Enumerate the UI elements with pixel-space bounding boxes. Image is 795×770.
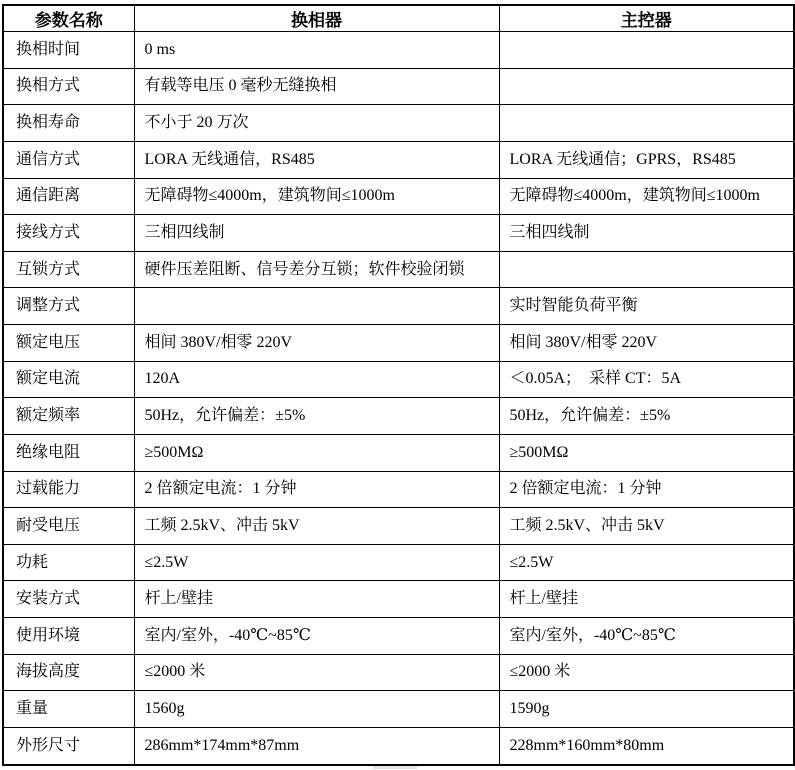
controller-cell: 228mm*160mm*80mm bbox=[499, 727, 794, 765]
phaser-cell: 工频 2.5kV、冲击 5kV bbox=[134, 508, 499, 545]
phaser-cell: 杆上/壁挂 bbox=[134, 581, 499, 618]
controller-cell: 室内/室外，-40℃~85℃ bbox=[499, 618, 794, 655]
controller-cell: LORA 无线通信；GPRS，RS485 bbox=[499, 141, 794, 178]
phaser-cell: 三相四线制 bbox=[134, 215, 499, 252]
controller-cell: 三相四线制 bbox=[499, 215, 794, 252]
param-cell: 换相寿命 bbox=[3, 105, 134, 142]
header-controller: 主控器 bbox=[499, 5, 794, 32]
controller-cell: ≤2000 米 bbox=[499, 654, 794, 691]
phaser-cell: ≤2.5W bbox=[134, 544, 499, 581]
table-row: 换相寿命不小于 20 万次 bbox=[3, 105, 794, 142]
param-cell: 外形尺寸 bbox=[3, 727, 134, 765]
phaser-cell: 120A bbox=[134, 361, 499, 398]
table-row: 过载能力2 倍额定电流：1 分钟2 倍额定电流：1 分钟 bbox=[3, 471, 794, 508]
param-cell: 过载能力 bbox=[3, 471, 134, 508]
header-row: 参数名称 换相器 主控器 bbox=[3, 5, 794, 32]
table-row: 通信方式LORA 无线通信，RS485LORA 无线通信；GPRS，RS485 bbox=[3, 141, 794, 178]
controller-cell bbox=[499, 32, 794, 69]
phaser-cell: 相间 380V/相零 220V bbox=[134, 325, 499, 362]
table-row: 使用环境室内/室外，-40℃~85℃室内/室外，-40℃~85℃ bbox=[3, 618, 794, 655]
table-row: 调整方式实时智能负荷平衡 bbox=[3, 288, 794, 325]
param-cell: 换相方式 bbox=[3, 68, 134, 105]
phaser-cell: 无障碍物≤4000m，建筑物间≤1000m bbox=[134, 178, 499, 215]
param-cell: 安装方式 bbox=[3, 581, 134, 618]
param-cell: 换相时间 bbox=[3, 32, 134, 69]
table-row: 重量1560g1590g bbox=[3, 691, 794, 728]
controller-cell: 50Hz，允许偏差：±5% bbox=[499, 398, 794, 435]
param-cell: 额定电压 bbox=[3, 325, 134, 362]
phaser-cell: 不小于 20 万次 bbox=[134, 105, 499, 142]
header-param: 参数名称 bbox=[3, 5, 134, 32]
controller-cell: 杆上/壁挂 bbox=[499, 581, 794, 618]
param-cell: 绝缘电阻 bbox=[3, 434, 134, 471]
controller-cell bbox=[499, 105, 794, 142]
param-cell: 通信距离 bbox=[3, 178, 134, 215]
controller-cell: ＜0.05A； 采样 CT：5A bbox=[499, 361, 794, 398]
phaser-cell: 2 倍额定电流：1 分钟 bbox=[134, 471, 499, 508]
controller-cell: ≥500MΩ bbox=[499, 434, 794, 471]
table-row: 额定电流120A＜0.05A； 采样 CT：5A bbox=[3, 361, 794, 398]
phaser-cell: 硬件压差阻断、信号差分互锁；软件校验闭锁 bbox=[134, 251, 499, 288]
param-cell: 调整方式 bbox=[3, 288, 134, 325]
table-row: 接线方式三相四线制三相四线制 bbox=[3, 215, 794, 252]
controller-cell bbox=[499, 251, 794, 288]
table-row: 额定电压相间 380V/相零 220V相间 380V/相零 220V bbox=[3, 325, 794, 362]
phaser-cell: 0 ms bbox=[134, 32, 499, 69]
phaser-cell: 有载等电压 0 毫秒无缝换相 bbox=[134, 68, 499, 105]
table-row: 耐受电压工频 2.5kV、冲击 5kV工频 2.5kV、冲击 5kV bbox=[3, 508, 794, 545]
table-row: 互锁方式硬件压差阻断、信号差分互锁；软件校验闭锁 bbox=[3, 251, 794, 288]
controller-cell: 实时智能负荷平衡 bbox=[499, 288, 794, 325]
param-cell: 功耗 bbox=[3, 544, 134, 581]
param-cell: 通信方式 bbox=[3, 141, 134, 178]
controller-cell: 工频 2.5kV、冲击 5kV bbox=[499, 508, 794, 545]
controller-cell: ≤2.5W bbox=[499, 544, 794, 581]
param-cell: 额定频率 bbox=[3, 398, 134, 435]
table-row: 功耗≤2.5W≤2.5W bbox=[3, 544, 794, 581]
param-cell: 海拔高度 bbox=[3, 654, 134, 691]
cut-off-caption-fragment bbox=[373, 766, 417, 769]
spec-table: 参数名称 换相器 主控器 换相时间0 ms换相方式有载等电压 0 毫秒无缝换相换… bbox=[2, 4, 795, 766]
phaser-cell bbox=[134, 288, 499, 325]
table-row: 额定频率50Hz，允许偏差：±5%50Hz，允许偏差：±5% bbox=[3, 398, 794, 435]
table-row: 换相时间0 ms bbox=[3, 32, 794, 69]
table-row: 绝缘电阻≥500MΩ≥500MΩ bbox=[3, 434, 794, 471]
controller-cell: 1590g bbox=[499, 691, 794, 728]
param-cell: 互锁方式 bbox=[3, 251, 134, 288]
table-row: 外形尺寸286mm*174mm*87mm228mm*160mm*80mm bbox=[3, 727, 794, 765]
phaser-cell: ≤2000 米 bbox=[134, 654, 499, 691]
spec-document-page: 参数名称 换相器 主控器 换相时间0 ms换相方式有载等电压 0 毫秒无缝换相换… bbox=[0, 0, 795, 770]
param-cell: 耐受电压 bbox=[3, 508, 134, 545]
phaser-cell: 50Hz，允许偏差：±5% bbox=[134, 398, 499, 435]
phaser-cell: ≥500MΩ bbox=[134, 434, 499, 471]
controller-cell: 相间 380V/相零 220V bbox=[499, 325, 794, 362]
table-row: 海拔高度≤2000 米≤2000 米 bbox=[3, 654, 794, 691]
param-cell: 接线方式 bbox=[3, 215, 134, 252]
phaser-cell: LORA 无线通信，RS485 bbox=[134, 141, 499, 178]
param-cell: 使用环境 bbox=[3, 618, 134, 655]
table-row: 换相方式有载等电压 0 毫秒无缝换相 bbox=[3, 68, 794, 105]
phaser-cell: 室内/室外，-40℃~85℃ bbox=[134, 618, 499, 655]
controller-cell bbox=[499, 68, 794, 105]
param-cell: 额定电流 bbox=[3, 361, 134, 398]
phaser-cell: 286mm*174mm*87mm bbox=[134, 727, 499, 765]
controller-cell: 2 倍额定电流：1 分钟 bbox=[499, 471, 794, 508]
table-row: 安装方式杆上/壁挂杆上/壁挂 bbox=[3, 581, 794, 618]
table-row: 通信距离无障碍物≤4000m，建筑物间≤1000m无障碍物≤4000m，建筑物间… bbox=[3, 178, 794, 215]
phaser-cell: 1560g bbox=[134, 691, 499, 728]
header-phaser: 换相器 bbox=[134, 5, 499, 32]
controller-cell: 无障碍物≤4000m，建筑物间≤1000m bbox=[499, 178, 794, 215]
param-cell: 重量 bbox=[3, 691, 134, 728]
